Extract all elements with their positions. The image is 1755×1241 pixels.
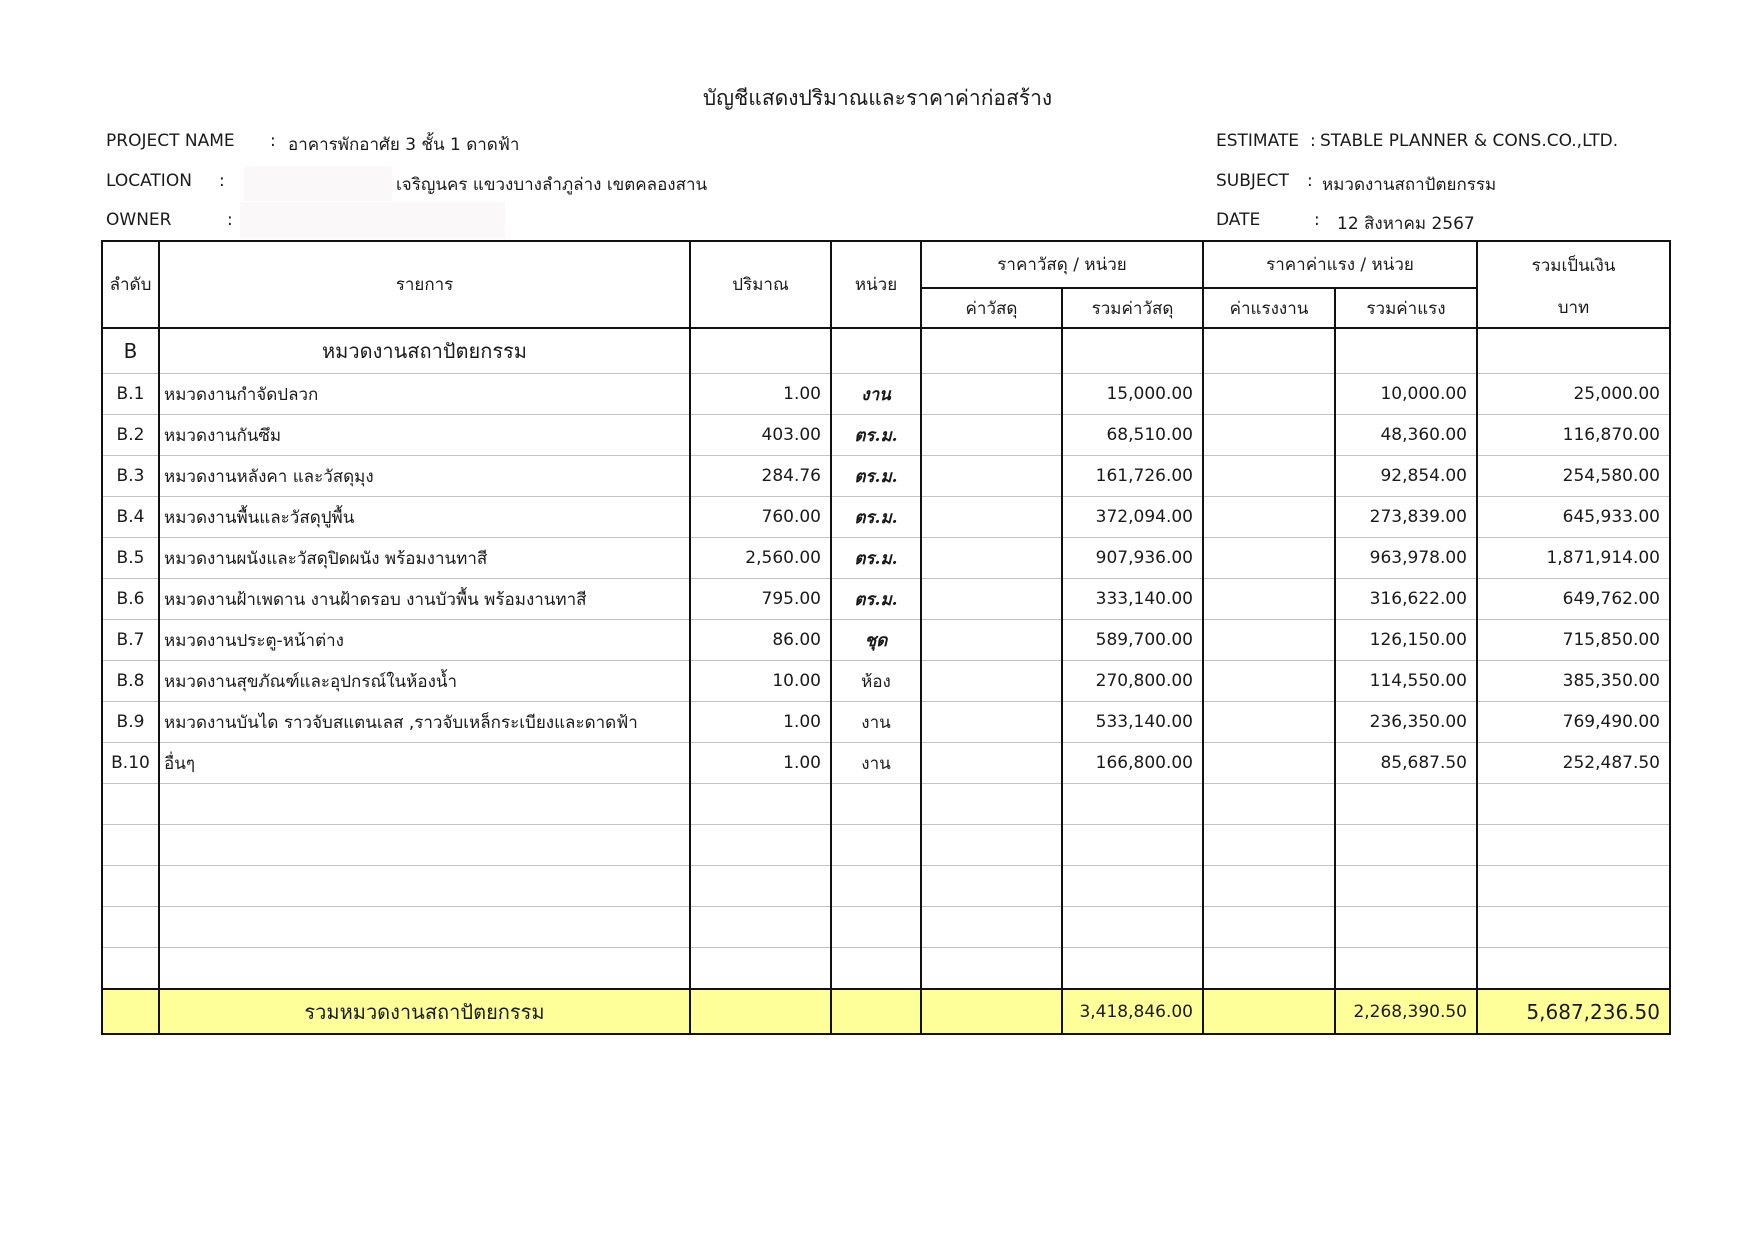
header-material-unit: ค่าวัสดุ	[921, 288, 1062, 328]
row-unit: งาน	[831, 702, 921, 743]
row-qty: 1.00	[690, 743, 831, 784]
row-qty: 2,560.00	[690, 538, 831, 579]
header-unit: หน่วย	[831, 241, 921, 328]
row-labor-total: 236,350.00	[1335, 702, 1477, 743]
row-material-unit	[921, 579, 1062, 620]
row-no: B.4	[102, 497, 159, 538]
table-row: B.3หมวดงานหลังคา และวัสดุมุง284.76ตร.ม.1…	[102, 456, 1670, 497]
row-qty: 795.00	[690, 579, 831, 620]
row-unit: ชุด	[831, 620, 921, 661]
row-material-total: 68,510.00	[1062, 415, 1203, 456]
estimate-value: STABLE PLANNER & CONS.CO.,LTD.	[1320, 131, 1618, 151]
row-material-unit	[921, 374, 1062, 415]
date-colon: :	[1314, 210, 1320, 230]
table-row: B.1หมวดงานกำจัดปลวก1.00งาน15,000.0010,00…	[102, 374, 1670, 415]
row-labor-total: 316,622.00	[1335, 579, 1477, 620]
row-total: 385,350.00	[1477, 661, 1670, 702]
owner-label: OWNER	[106, 210, 171, 230]
project-name-colon: :	[270, 131, 276, 151]
row-no: B.1	[102, 374, 159, 415]
row-labor-unit	[1203, 497, 1335, 538]
section-code: B	[102, 328, 159, 374]
empty-row	[102, 866, 1670, 907]
row-material-unit	[921, 620, 1062, 661]
row-item: อื่นๆ	[159, 743, 690, 784]
header-labor-total: รวมค่าแรง	[1335, 288, 1477, 328]
row-item: หมวดงานฝ้าเพดาน งานฝ้าดรอบ งานบัวพื้น พร…	[159, 579, 690, 620]
row-unit: ห้อง	[831, 661, 921, 702]
empty-row	[102, 907, 1670, 948]
project-name-value: อาคารพักอาศัย 3 ชั้น 1 ดาดฟ้า	[288, 131, 519, 158]
row-labor-unit	[1203, 661, 1335, 702]
total-labor: 2,268,390.50	[1335, 989, 1477, 1034]
row-total: 254,580.00	[1477, 456, 1670, 497]
row-item: หมวดงานบันได ราวจับสแตนเลส ,ราวจับเหล็กร…	[159, 702, 690, 743]
row-total: 252,487.50	[1477, 743, 1670, 784]
header-material-total: รวมค่าวัสดุ	[1062, 288, 1203, 328]
row-no: B.2	[102, 415, 159, 456]
row-labor-total: 92,854.00	[1335, 456, 1477, 497]
row-material-unit	[921, 456, 1062, 497]
row-total: 25,000.00	[1477, 374, 1670, 415]
owner-colon: :	[227, 210, 233, 230]
row-labor-unit	[1203, 620, 1335, 661]
row-material-total: 533,140.00	[1062, 702, 1203, 743]
grand-total: 5,687,236.50	[1477, 989, 1670, 1034]
row-material-total: 907,936.00	[1062, 538, 1203, 579]
row-qty: 403.00	[690, 415, 831, 456]
location-value: เจริญนคร แขวงบางลำภูล่าง เขตคลองสาน	[396, 171, 707, 198]
empty-row	[102, 948, 1670, 990]
row-labor-total: 114,550.00	[1335, 661, 1477, 702]
row-unit: ตร.ม.	[831, 538, 921, 579]
table-row: B.7หมวดงานประตู-หน้าต่าง86.00ชุด589,700.…	[102, 620, 1670, 661]
row-material-unit	[921, 415, 1062, 456]
header-labor-unit: ค่าแรงงาน	[1203, 288, 1335, 328]
row-material-unit	[921, 702, 1062, 743]
project-name-label: PROJECT NAME	[106, 131, 235, 151]
row-labor-unit	[1203, 743, 1335, 784]
row-labor-total: 126,150.00	[1335, 620, 1477, 661]
estimate-colon: :	[1310, 131, 1316, 151]
header-sum-bottom: บาท	[1477, 288, 1670, 328]
row-item: หมวดงานสุขภัณฑ์และอุปกรณ์ในห้องน้ำ	[159, 661, 690, 702]
row-item: หมวดงานกำจัดปลวก	[159, 374, 690, 415]
document-title: บัญชีแสดงปริมาณและราคาค่าก่อสร้าง	[0, 82, 1755, 115]
row-material-total: 166,800.00	[1062, 743, 1203, 784]
row-total: 769,490.00	[1477, 702, 1670, 743]
row-material-total: 15,000.00	[1062, 374, 1203, 415]
row-total: 649,762.00	[1477, 579, 1670, 620]
table-row: B.6หมวดงานฝ้าเพดาน งานฝ้าดรอบ งานบัวพื้น…	[102, 579, 1670, 620]
row-unit: งาน	[831, 374, 921, 415]
row-labor-unit	[1203, 415, 1335, 456]
row-labor-unit	[1203, 702, 1335, 743]
row-qty: 86.00	[690, 620, 831, 661]
row-labor-unit	[1203, 579, 1335, 620]
row-total: 116,870.00	[1477, 415, 1670, 456]
row-no: B.10	[102, 743, 159, 784]
header-labor-group: ราคาค่าแรง / หน่วย	[1203, 241, 1477, 288]
row-item: หมวดงานกันซึม	[159, 415, 690, 456]
header-item: รายการ	[159, 241, 690, 328]
row-material-unit	[921, 661, 1062, 702]
row-unit: งาน	[831, 743, 921, 784]
header-qty: ปริมาณ	[690, 241, 831, 328]
table-row: B.9หมวดงานบันได ราวจับสแตนเลส ,ราวจับเหล…	[102, 702, 1670, 743]
section-title: หมวดงานสถาปัตยกรรม	[159, 328, 690, 374]
row-unit: ตร.ม.	[831, 497, 921, 538]
location-colon-mark: :	[219, 171, 225, 191]
row-material-unit	[921, 743, 1062, 784]
subject-value: หมวดงานสถาปัตยกรรม	[1322, 171, 1496, 198]
redacted-box	[240, 202, 505, 238]
row-no: B.6	[102, 579, 159, 620]
table-row: B.4หมวดงานพื้นและวัสดุปูพื้น760.00ตร.ม.3…	[102, 497, 1670, 538]
row-total: 1,871,914.00	[1477, 538, 1670, 579]
redacted-box	[244, 166, 392, 201]
header-no: ลำดับ	[102, 241, 159, 328]
table-row: B.5หมวดงานผนังและวัสดุปิดผนัง พร้อมงานทา…	[102, 538, 1670, 579]
empty-row	[102, 784, 1670, 825]
row-total: 715,850.00	[1477, 620, 1670, 661]
header-sum-top: รวมเป็นเงิน	[1477, 241, 1670, 288]
row-qty: 10.00	[690, 661, 831, 702]
row-qty: 760.00	[690, 497, 831, 538]
row-labor-unit	[1203, 538, 1335, 579]
row-item: หมวดงานผนังและวัสดุปิดผนัง พร้อมงานทาสี	[159, 538, 690, 579]
row-labor-total: 85,687.50	[1335, 743, 1477, 784]
row-material-total: 270,800.00	[1062, 661, 1203, 702]
row-no: B.9	[102, 702, 159, 743]
row-item: หมวดงานพื้นและวัสดุปูพื้น	[159, 497, 690, 538]
row-no: B.5	[102, 538, 159, 579]
row-labor-unit	[1203, 456, 1335, 497]
row-qty: 1.00	[690, 374, 831, 415]
row-labor-total: 963,978.00	[1335, 538, 1477, 579]
row-unit: ตร.ม.	[831, 456, 921, 497]
row-qty: 284.76	[690, 456, 831, 497]
row-no: B.7	[102, 620, 159, 661]
row-unit: ตร.ม.	[831, 415, 921, 456]
row-material-total: 372,094.00	[1062, 497, 1203, 538]
row-no: B.3	[102, 456, 159, 497]
row-labor-total: 10,000.00	[1335, 374, 1477, 415]
bill-of-quantities-table: ลำดับ รายการ ปริมาณ หน่วย ราคาวัสดุ / หน…	[101, 240, 1671, 1035]
location-label: LOCATION	[106, 171, 192, 191]
date-label: DATE	[1216, 210, 1260, 230]
date-value: 12 สิงหาคม 2567	[1337, 210, 1475, 237]
row-qty: 1.00	[690, 702, 831, 743]
row-item: หมวดงานหลังคา และวัสดุมุง	[159, 456, 690, 497]
empty-row	[102, 825, 1670, 866]
row-material-total: 161,726.00	[1062, 456, 1203, 497]
table-row: B.10อื่นๆ1.00งาน166,800.0085,687.50252,4…	[102, 743, 1670, 784]
total-label: รวมหมวดงานสถาปัตยกรรม	[159, 989, 690, 1034]
table-row: B.2หมวดงานกันซึม403.00ตร.ม.68,510.0048,3…	[102, 415, 1670, 456]
row-unit: ตร.ม.	[831, 579, 921, 620]
row-material-unit	[921, 497, 1062, 538]
header-material-group: ราคาวัสดุ / หน่วย	[921, 241, 1203, 288]
total-material: 3,418,846.00	[1062, 989, 1203, 1034]
row-labor-total: 273,839.00	[1335, 497, 1477, 538]
row-labor-total: 48,360.00	[1335, 415, 1477, 456]
row-material-total: 589,700.00	[1062, 620, 1203, 661]
table-row: B.8หมวดงานสุขภัณฑ์และอุปกรณ์ในห้องน้ำ10.…	[102, 661, 1670, 702]
estimate-label: ESTIMATE	[1216, 131, 1299, 151]
total-row: รวมหมวดงานสถาปัตยกรรม 3,418,846.00 2,268…	[102, 989, 1670, 1034]
row-material-unit	[921, 538, 1062, 579]
row-no: B.8	[102, 661, 159, 702]
row-item: หมวดงานประตู-หน้าต่าง	[159, 620, 690, 661]
subject-colon: :	[1307, 171, 1313, 191]
section-row: B หมวดงานสถาปัตยกรรม	[102, 328, 1670, 374]
row-material-total: 333,140.00	[1062, 579, 1203, 620]
subject-label: SUBJECT	[1216, 171, 1289, 191]
row-labor-unit	[1203, 374, 1335, 415]
row-total: 645,933.00	[1477, 497, 1670, 538]
